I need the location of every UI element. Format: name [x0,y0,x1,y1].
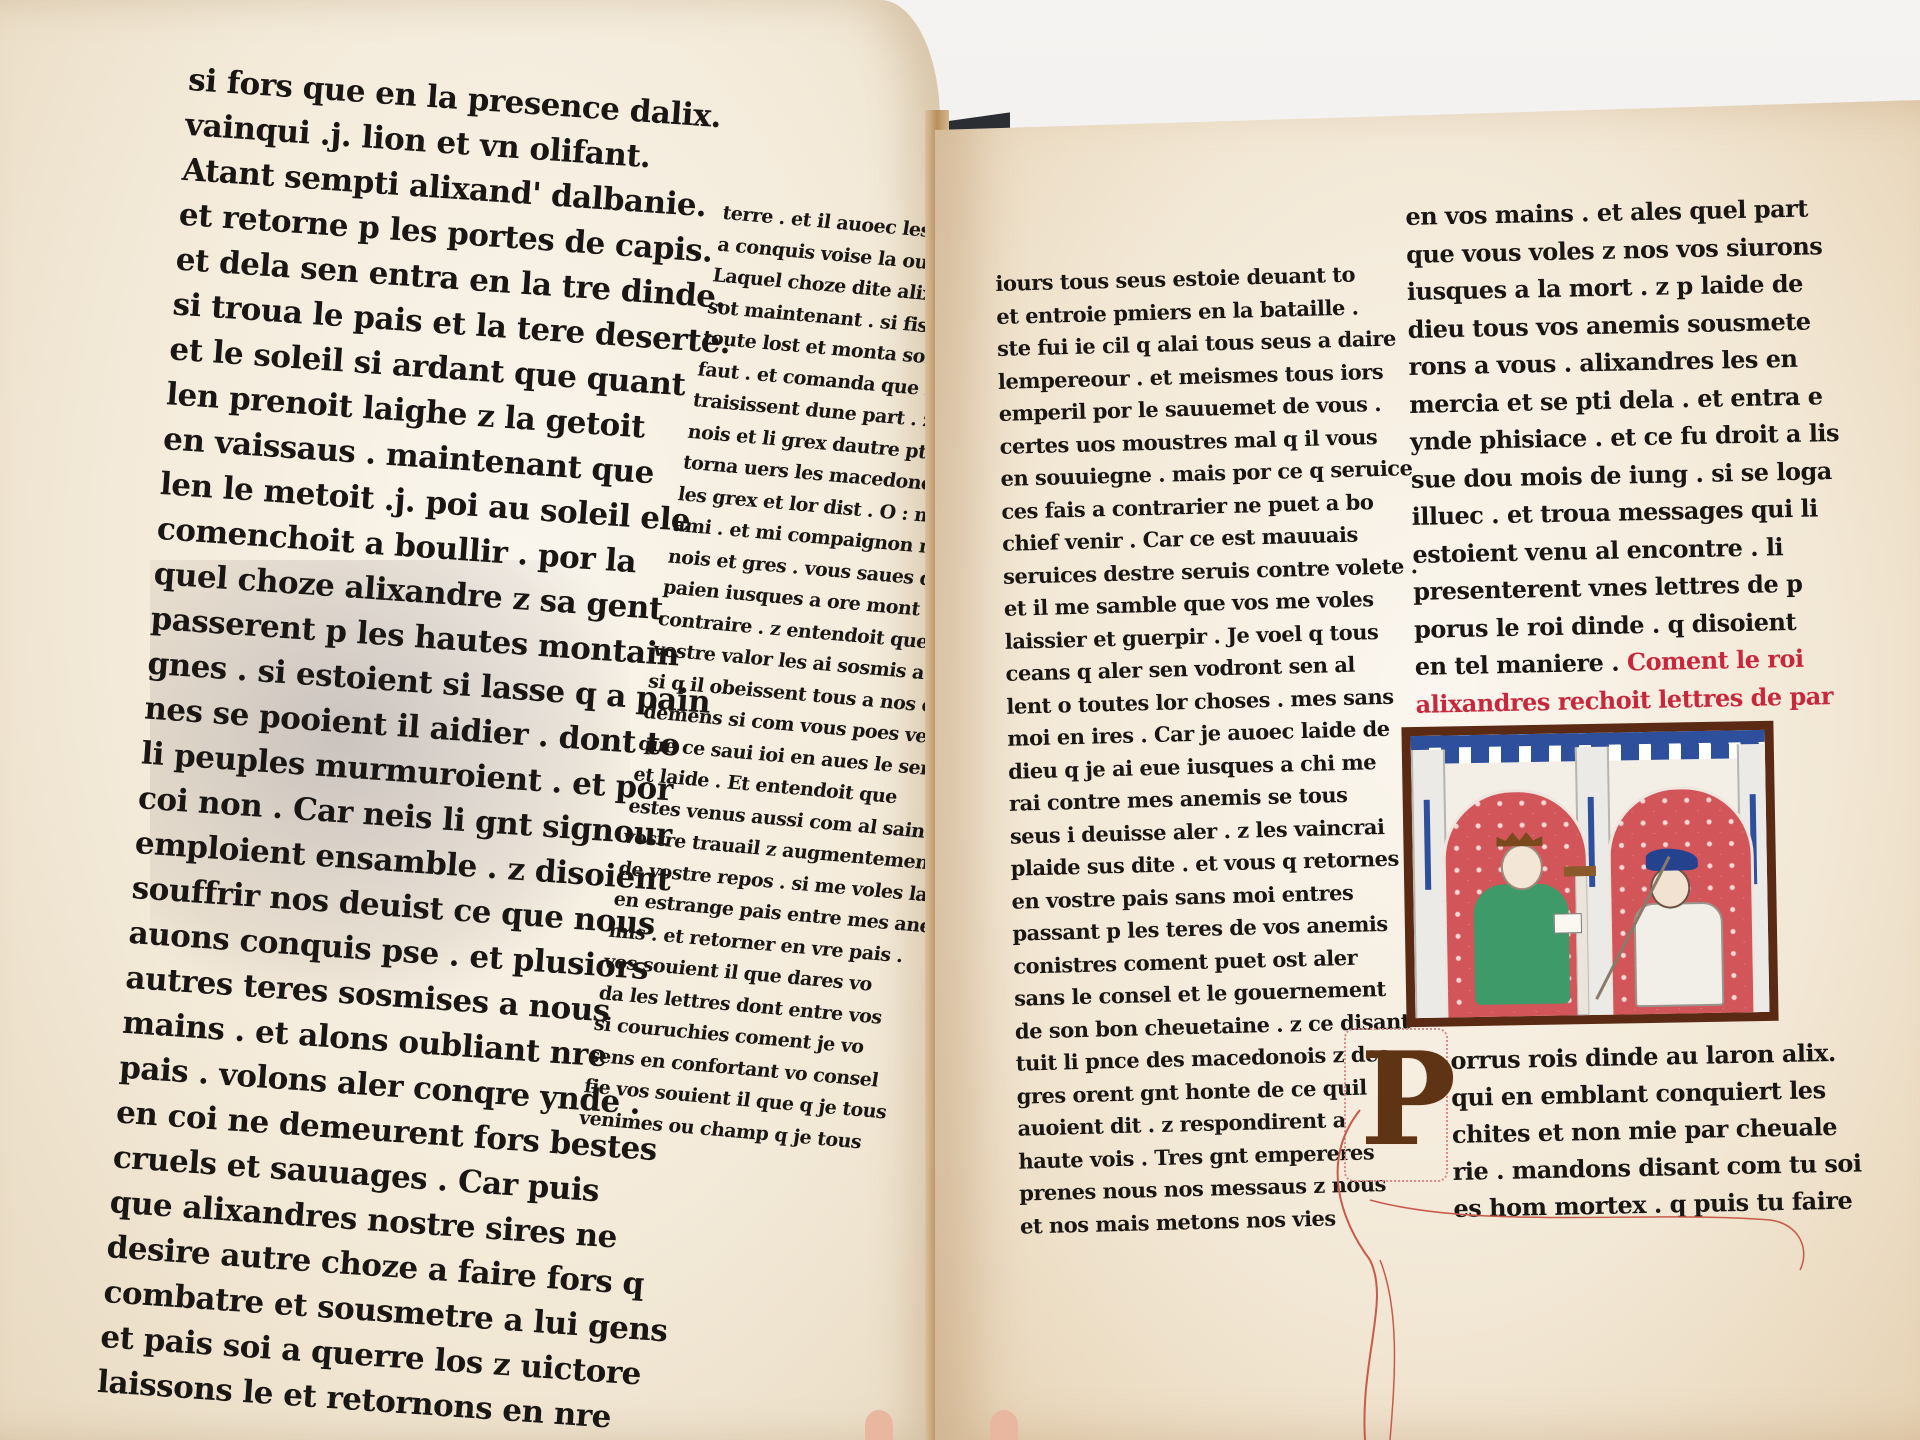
rubric-inline: Coment le roi [1627,644,1804,677]
text-column-3: iours tous seus estoie deuant toet entro… [995,259,1350,1242]
decorated-initial: P [1360,1040,1446,1180]
letter-icon [1554,913,1582,933]
text-after-miniature: orrus rois dinde au laron alix.qui en em… [1450,1034,1834,1227]
left-page: si fors que en la presence dalix.vainqui… [0,0,940,1440]
miniature-scene [1411,730,1770,1018]
text-column-4: en vos mains . et ales quel partque vous… [1405,190,1797,760]
candlestick [1575,873,1589,1015]
king-robe [1473,883,1570,1005]
text-column-1: si fors que en la presence dalix.vainqui… [96,58,649,1437]
messenger-body [1634,902,1725,1008]
illuminated-miniature [1401,721,1778,1027]
messenger-figure [1628,856,1721,1003]
thumb-right [990,1410,1018,1440]
thumb-left [865,1410,893,1440]
rubric-heading-line-2: alixandres rechoit lettres de par [1415,677,1796,722]
